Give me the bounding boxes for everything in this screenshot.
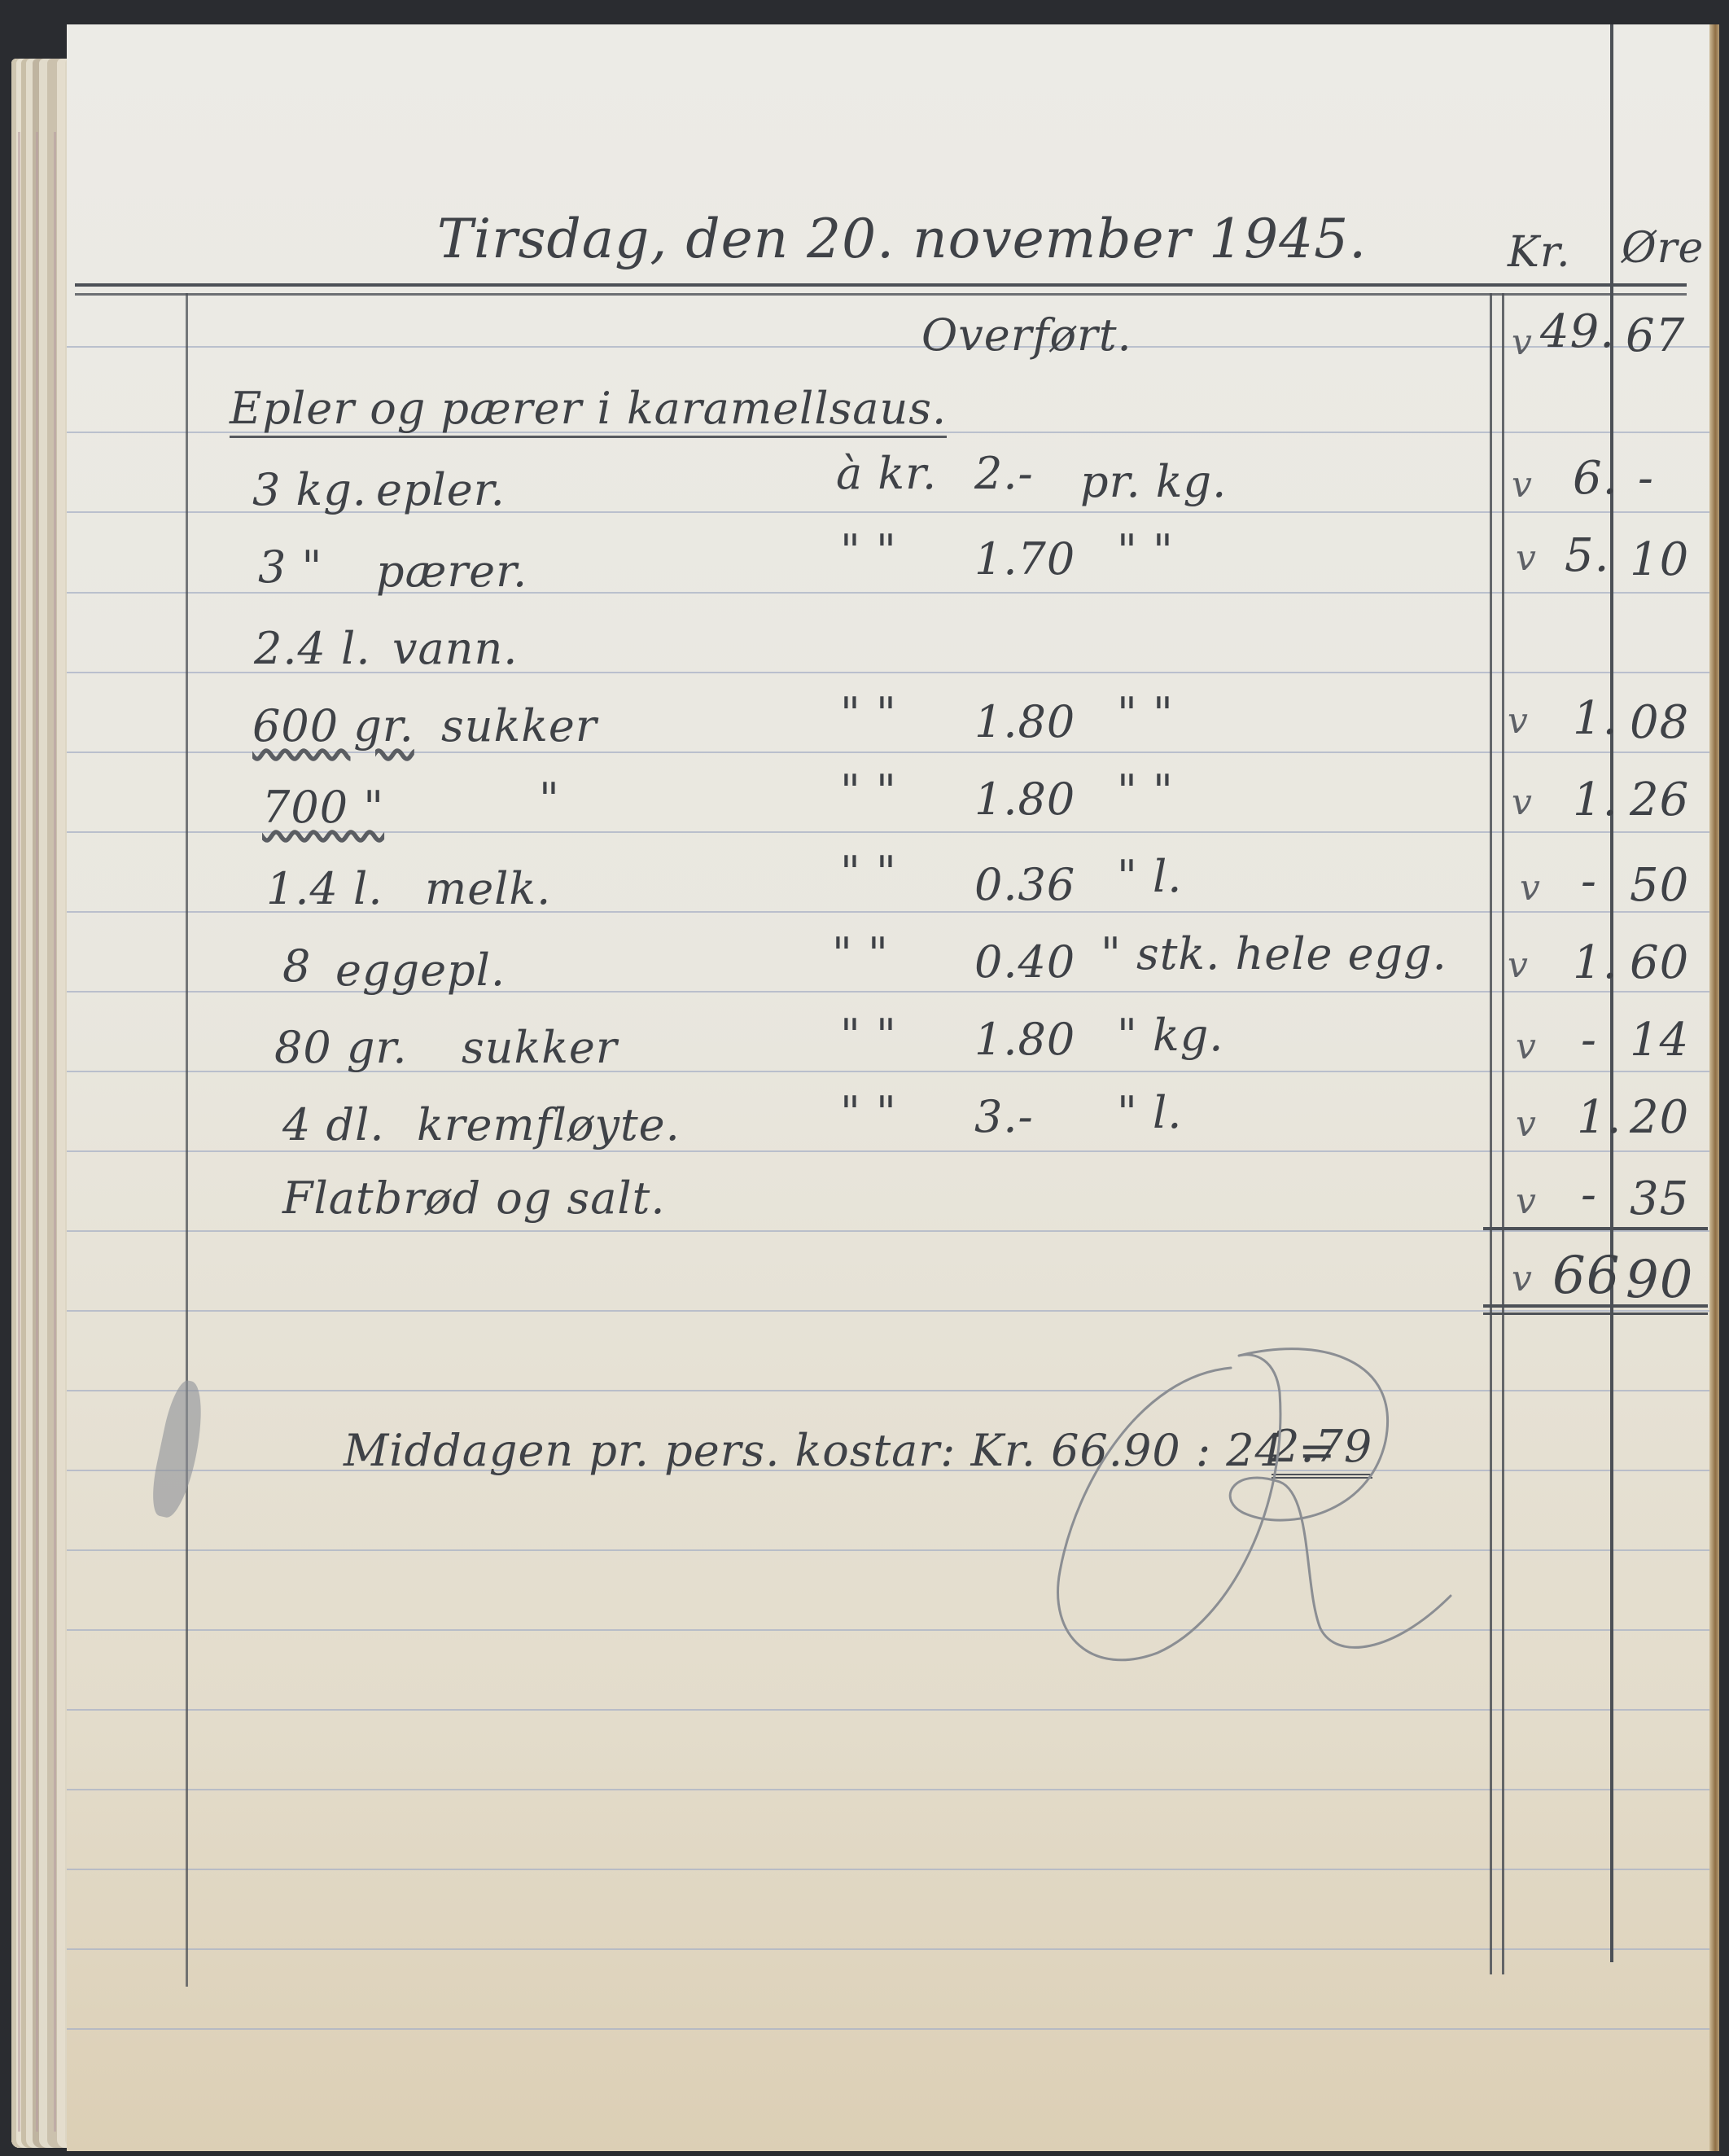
stack-stripe	[18, 132, 20, 2132]
ink-smudge	[147, 1378, 211, 1521]
margin-line	[186, 293, 188, 1987]
item-unit: " "	[1117, 688, 1174, 739]
item-name: pærer.	[376, 546, 527, 597]
cost-per-person-line: Middagen pr. pers. kostar: Kr. 66.90 : 2…	[344, 1425, 1336, 1476]
item-price-prefix: " "	[840, 1087, 897, 1138]
ruled-line	[67, 1230, 1709, 1232]
item-name: kremfløyte.	[417, 1099, 681, 1150]
item-price-prefix: " "	[840, 688, 897, 739]
ruled-line	[67, 1869, 1709, 1870]
ore-value: 20	[1630, 1091, 1689, 1144]
check-mark: v	[1508, 700, 1529, 742]
item-name: sukker	[441, 700, 597, 752]
item-name: vann.	[392, 623, 518, 674]
check-mark: v	[1508, 944, 1529, 986]
subtotal-rule	[1483, 1227, 1708, 1230]
item-price: 1.80	[974, 773, 1075, 825]
ore-value: 67	[1626, 309, 1685, 362]
header-rule	[75, 283, 1687, 287]
ruled-line	[67, 1549, 1709, 1551]
ruled-line	[67, 1789, 1709, 1790]
check-mark: v	[1516, 537, 1537, 579]
ruled-line	[67, 1150, 1709, 1152]
check-mark: v	[1512, 1258, 1533, 1299]
total-kr: 66	[1552, 1246, 1620, 1306]
item-unit: " l.	[1117, 851, 1182, 902]
item-qty: 2.4 l.	[254, 623, 370, 674]
check-mark: v	[1516, 1026, 1537, 1067]
kr-header: Kr.	[1508, 228, 1571, 277]
ore-value: 35	[1630, 1172, 1689, 1225]
kr-value: 5.	[1565, 529, 1609, 582]
ledger-page: Tirsdag, den 20. november 1945. Kr. Øre …	[67, 24, 1719, 2151]
ore-header: Øre	[1622, 224, 1704, 273]
item-qty: 700 "	[262, 782, 384, 833]
item-qty: 600 gr.	[252, 700, 414, 752]
item-price: 2.-	[974, 448, 1034, 499]
item-price-prefix: à kr.	[836, 448, 937, 499]
result-value: 2.79	[1272, 1421, 1372, 1479]
item-price-prefix: " "	[840, 525, 897, 576]
ore-value: 50	[1630, 859, 1689, 912]
total-ore: 90	[1626, 1250, 1693, 1310]
page-edge	[1709, 24, 1719, 2151]
item-unit: " "	[1117, 765, 1174, 817]
page-title: Tirsdag, den 20. november 1945.	[437, 208, 1367, 270]
item-qty-text: 700 "	[262, 782, 384, 833]
kr-value: 1.	[1577, 1091, 1622, 1144]
total-rule	[1483, 1312, 1708, 1315]
cost-per-person-result: 2.79	[1272, 1421, 1372, 1472]
item-price-prefix: " "	[840, 847, 897, 898]
item-price: 1.80	[974, 1014, 1075, 1065]
ruled-line	[67, 1948, 1709, 1950]
stack-stripe	[36, 132, 38, 2132]
check-mark: v	[1512, 782, 1533, 823]
kr-value: 1.	[1573, 773, 1617, 826]
kr-column-line	[1502, 293, 1504, 1974]
ruled-line	[67, 1310, 1709, 1312]
item-unit: " stk. hele egg.	[1101, 928, 1447, 979]
kr-value: -	[1581, 1168, 1597, 1221]
check-mark: v	[1516, 1103, 1537, 1145]
kr-value: -	[1581, 1014, 1597, 1067]
item-name: "	[539, 773, 560, 825]
kr-value: 1.	[1573, 936, 1617, 989]
check-mark: v	[1512, 464, 1533, 506]
kr-value: 49.	[1540, 305, 1615, 358]
item-qty: 8	[282, 940, 311, 992]
ruled-line	[67, 991, 1709, 993]
check-mark: v	[1512, 322, 1533, 363]
item-price: 1.70	[974, 533, 1075, 585]
kr-column-line	[1490, 293, 1492, 1974]
ruled-line	[67, 2028, 1709, 2030]
item-qty: 3 "	[258, 541, 322, 593]
item-price-prefix: " "	[840, 765, 897, 817]
item-name: epler.	[376, 464, 506, 515]
ore-value: 14	[1630, 1014, 1689, 1067]
item-price: 0.40	[974, 936, 1075, 988]
item-unit: " kg.	[1117, 1010, 1223, 1061]
section-heading: Epler og pærer i karamellsaus.	[230, 383, 947, 434]
stack-stripe	[54, 132, 56, 2132]
item-price: 1.80	[974, 696, 1075, 747]
item-price: 0.36	[974, 859, 1075, 910]
kr-value: -	[1581, 855, 1597, 908]
item-unit: " l.	[1117, 1087, 1182, 1138]
kr-value: 6.	[1573, 452, 1617, 505]
item-qty-text: 600 gr.	[252, 700, 414, 752]
item-unit: pr. kg.	[1080, 456, 1227, 507]
item-qty: 4 dl.	[282, 1099, 385, 1150]
ore-value: 26	[1630, 773, 1689, 826]
ore-value: 10	[1630, 533, 1689, 586]
kr-value: 1.	[1573, 692, 1617, 745]
item-qty: 1.4 l.	[266, 863, 383, 914]
item-qty: 3 kg.	[252, 464, 367, 515]
item-price: 3.-	[974, 1091, 1034, 1142]
ruled-line	[67, 1629, 1709, 1631]
ruled-line	[67, 346, 1709, 348]
ruled-line	[67, 1390, 1709, 1391]
ore-value: 08	[1630, 696, 1689, 749]
item-unit: " "	[1117, 525, 1174, 576]
item-price-prefix: " "	[832, 928, 889, 979]
item-qty: 80 gr.	[274, 1022, 408, 1073]
check-mark: v	[1516, 1181, 1537, 1222]
item-name: Flatbrød og salt.	[282, 1172, 666, 1224]
check-mark: v	[1520, 867, 1541, 909]
pencil-r-mark	[1044, 1343, 1467, 1669]
item-price-prefix: " "	[840, 1010, 897, 1061]
carried-forward-label: Overført.	[921, 309, 1132, 361]
ore-value: 60	[1630, 936, 1689, 989]
ruled-line	[67, 1709, 1709, 1711]
item-name: melk.	[425, 863, 551, 914]
header-rule	[75, 293, 1687, 296]
section-heading-text: Epler og pærer i karamellsaus.	[230, 383, 947, 438]
item-name: sukker	[462, 1022, 618, 1073]
ore-value: -	[1638, 452, 1654, 505]
ruled-line	[67, 752, 1709, 753]
item-name: eggepl.	[335, 944, 506, 996]
